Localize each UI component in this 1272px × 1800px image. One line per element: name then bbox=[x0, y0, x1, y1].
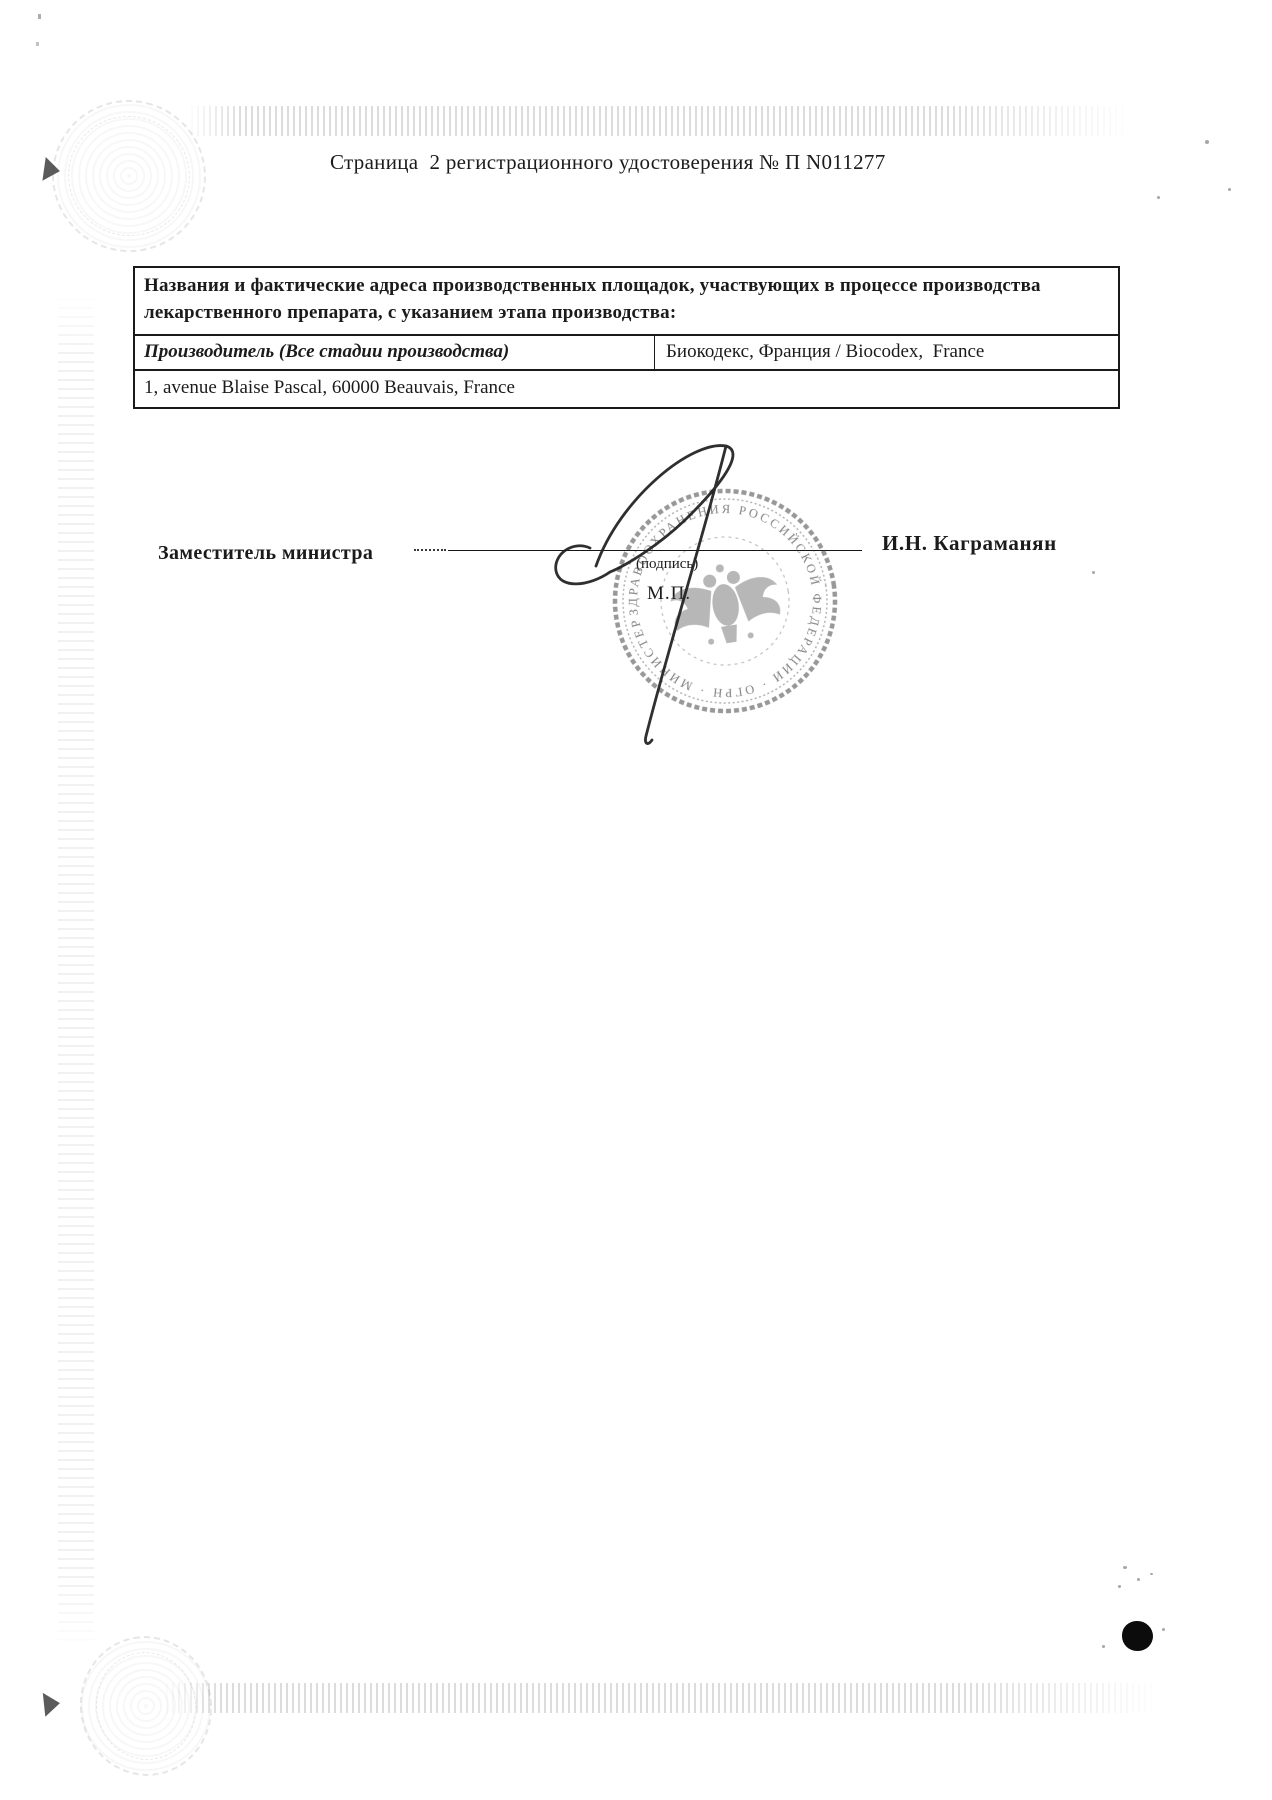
table-row-producer: Производитель (Все стадии производства) … bbox=[135, 336, 1118, 371]
edge-speck bbox=[1157, 196, 1160, 199]
edge-speck bbox=[1205, 140, 1209, 144]
handwritten-signature bbox=[500, 380, 800, 770]
edge-speck bbox=[1228, 188, 1231, 191]
table-header: Названия и фактические адреса производст… bbox=[135, 268, 1118, 336]
bottom-speck bbox=[1137, 1578, 1140, 1581]
bottom-speck bbox=[1118, 1585, 1121, 1588]
producer-value-cell: Биокодекс, Франция / Biocodex, France bbox=[655, 336, 1118, 369]
signer-role-label: Заместитель министра bbox=[158, 542, 373, 565]
bottom-speck bbox=[1123, 1566, 1127, 1569]
signature-line-dots bbox=[414, 549, 446, 551]
bottom-speck bbox=[1150, 1573, 1153, 1575]
corner-speck bbox=[38, 14, 41, 19]
scanner-noise-strip-left bbox=[58, 290, 94, 1650]
dot-neighbor-speck bbox=[1102, 1645, 1105, 1648]
producer-label-cell: Производитель (Все стадии производства) bbox=[135, 336, 655, 369]
stamp-ghost-inner-ring bbox=[55, 103, 202, 249]
page-title: Страница 2 регистрационного удостоверени… bbox=[330, 150, 886, 175]
signer-name: И.Н. Каграманян bbox=[882, 531, 1057, 556]
black-dot-artifact bbox=[1122, 1621, 1153, 1651]
name-trailing-speck bbox=[1092, 571, 1095, 574]
corner-speck bbox=[36, 42, 39, 46]
dot-neighbor-speck bbox=[1162, 1628, 1165, 1631]
scanner-noise-band-bottom bbox=[160, 1683, 1165, 1713]
scanner-noise-band-top bbox=[185, 106, 1135, 136]
edge-mark-top-left bbox=[42, 157, 61, 183]
edge-mark-bottom-left bbox=[43, 1691, 61, 1717]
